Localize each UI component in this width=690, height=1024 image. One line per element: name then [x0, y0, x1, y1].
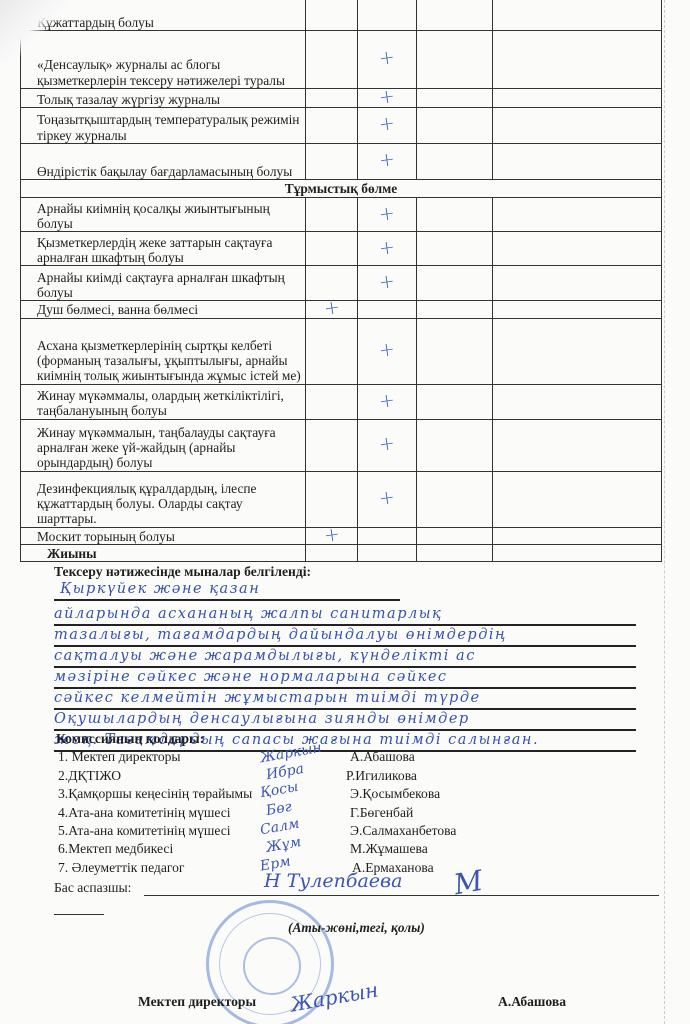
mark-cell: + [358, 384, 417, 419]
criterion-text: Москит торының болуы [21, 527, 306, 544]
mark-cell [417, 108, 493, 144]
member-role: 5.Ата-ана комитетінің мүшесі [58, 822, 231, 840]
mark-cell: + [306, 301, 358, 318]
mark-cell: + [358, 266, 417, 301]
mark-cell [306, 266, 358, 301]
total-row: Жиыны [21, 545, 662, 562]
handwritten-line: Қыркүйек және қазан [54, 580, 400, 601]
handwritten-line: сәйкес келмейтін жұмыстарын тиімді түрде [54, 689, 636, 710]
commission-member: 2.ДҚТІЖОИбраР.Игиликова [56, 767, 556, 785]
handwritten-plus-icon: + [378, 342, 396, 359]
mark-cell [493, 419, 662, 471]
commission-member: 6.Мектеп медбикесіЖұмМ.Жұмашева [56, 840, 556, 858]
mark-cell: + [358, 198, 417, 232]
table-row: Өндірістік бақылау бағдарламасының болуы… [21, 144, 662, 180]
handwritten-plus-icon: + [323, 300, 341, 317]
mark-cell [358, 301, 417, 318]
mark-cell [493, 198, 662, 232]
mark-cell [417, 384, 493, 419]
mark-cell [493, 384, 662, 419]
member-role: 4.Ата-ана комитетінің мүшесі [58, 804, 231, 822]
mark-cell [417, 232, 493, 266]
mark-cell [493, 318, 662, 384]
page-edge [664, 0, 666, 1024]
mark-cell [493, 471, 662, 527]
mark-cell [306, 108, 358, 144]
table-row: Москит торының болуы+ [21, 527, 662, 544]
criterion-text: Дезинфекциялық құралдардың, ілеспе құжат… [21, 471, 306, 527]
mark-cell: + [358, 419, 417, 471]
table-row: Душ бөлмесі, ванна бөлмесі+ [21, 301, 662, 318]
mark-cell: + [358, 89, 417, 108]
criterion-text: Асхана қызметкерлерінің сыртқы келбеті (… [21, 318, 306, 384]
mark-cell [493, 545, 662, 562]
handwritten-plus-icon: + [378, 240, 396, 257]
mark-cell [306, 31, 358, 89]
mark-cell [417, 545, 493, 562]
mark-cell: + [306, 527, 358, 544]
mark-cell [417, 527, 493, 544]
member-role: 2.ДҚТІЖО [58, 767, 121, 785]
signature-caption: (Аты-жөні,тегі, қолы) [288, 920, 425, 936]
mark-cell [417, 0, 493, 31]
mark-cell [306, 419, 358, 471]
mark-cell: + [358, 144, 417, 180]
criterion-text: Қызметкерлердің жеке заттарын сақтауға а… [21, 232, 306, 266]
mark-cell [493, 89, 662, 108]
handwritten-plus-icon: + [378, 393, 396, 410]
table-row: Арнайы киімді сақтауға арналған шкафтың … [21, 266, 662, 301]
commission-member: 1. Мектеп директорыЖаркынА.Абашова [56, 748, 556, 766]
handwritten-plus-icon: + [323, 527, 341, 544]
member-name: Э.Салмаханбетова [350, 822, 456, 840]
handwritten-plus-icon: + [378, 436, 396, 453]
mark-cell [306, 471, 358, 527]
mark-cell [306, 318, 358, 384]
chef-handwritten-name: Н Тулепбаева [264, 870, 402, 892]
head-chef-signature: Бас аспазшы: Н Тулепбаева М [54, 880, 614, 896]
mark-cell [417, 31, 493, 89]
handwritten-line: мәзіріне сәйкес және нормаларына сәйкес [54, 668, 636, 689]
mark-cell [493, 301, 662, 318]
mark-cell [493, 232, 662, 266]
section-heading: Тұрмыстық бөлме [21, 180, 662, 198]
state-emblem-icon [243, 937, 301, 995]
member-name: Р.Игиликова [346, 767, 417, 785]
criterion-text: Арнайы киімді сақтауға арналған шкафтың … [21, 266, 306, 301]
mark-cell [306, 232, 358, 266]
handwritten-plus-icon: + [378, 206, 396, 223]
criterion-text: Арнайы киімнің қосалқы жиынтығының болуы [21, 198, 306, 232]
member-name: Г.Бөгенбай [350, 804, 413, 822]
handwritten-plus-icon: + [378, 490, 396, 507]
table-row: «Денсаулық» журналы ас блогы қызметкерле… [21, 31, 662, 89]
mark-cell: + [358, 232, 417, 266]
mark-cell [493, 108, 662, 144]
mark-cell: + [358, 108, 417, 144]
total-label: Жиыны [21, 545, 306, 562]
table-row: Тоңазытқыштардың температуралық режимін … [21, 108, 662, 144]
member-role: 1. Мектеп директоры [58, 748, 181, 766]
mark-cell [417, 318, 493, 384]
results-label: Тексеру нәтижесінде мыналар белгіленді: [54, 564, 311, 579]
table-row: Жинау мүкәммалын, таңбалауды сақтауға ар… [21, 419, 662, 471]
mark-cell [358, 0, 417, 31]
handwritten-plus-icon: + [378, 116, 396, 133]
criterion-text: Жинау мүкәммалы, олардың жеткіліктілігі,… [21, 384, 306, 419]
mark-cell [306, 198, 358, 232]
mark-cell [417, 471, 493, 527]
member-name: Э.Қосымбекова [350, 785, 440, 803]
mark-cell [417, 301, 493, 318]
mark-cell [493, 527, 662, 544]
handwritten-plus-icon: + [378, 274, 396, 291]
commission-member: 3.Қамқоршы кеңесінің төрайымыҚосыЭ.Қосым… [56, 785, 556, 803]
mark-cell [493, 31, 662, 89]
mark-cell [417, 266, 493, 301]
commission-member: 4.Ата-ана комитетінің мүшесіБөгГ.Бөгенба… [56, 804, 556, 822]
mark-cell [493, 0, 662, 31]
handwritten-line: айларында асхананың жалпы санитарлық [54, 605, 636, 626]
mark-cell [417, 198, 493, 232]
mark-cell [493, 144, 662, 180]
mark-cell: + [358, 471, 417, 527]
chef-label: Бас аспазшы: [54, 880, 131, 895]
table-row: Дезинфекциялық құралдардың, ілеспе құжат… [21, 471, 662, 527]
mark-cell [358, 545, 417, 562]
handwritten-line: сақталуы және жарамдылығы, күнделікті ас [54, 647, 636, 668]
mark-cell [358, 527, 417, 544]
mark-cell [306, 545, 358, 562]
handwritten-plus-icon: + [378, 152, 396, 169]
criterion-text: Тоңазытқыштардың температуралық режимін … [21, 108, 306, 144]
mark-cell [306, 144, 358, 180]
inspection-checklist-table: Құжаттардың болуы«Денсаулық» журналы ас … [20, 0, 662, 562]
handwritten-plus-icon: + [378, 50, 396, 67]
criterion-text: «Денсаулық» журналы ас блогы қызметкерле… [21, 31, 306, 89]
member-name: М.Жұмашева [350, 840, 428, 858]
signature-line [144, 895, 659, 896]
mark-cell: + [358, 318, 417, 384]
mark-cell [417, 144, 493, 180]
member-name: А.Абашова [350, 748, 415, 766]
mark-cell [306, 0, 358, 31]
short-line [54, 914, 104, 915]
table-row: Құжаттардың болуы [21, 0, 662, 31]
mark-cell [306, 384, 358, 419]
footer-director-role: Мектеп директоры [138, 994, 256, 1010]
criterion-text: Өндірістік бақылау бағдарламасының болуы [21, 144, 306, 180]
table-row: Қызметкерлердің жеке заттарын сақтауға а… [21, 232, 662, 266]
table-row: Жинау мүкәммалы, олардың жеткіліктілігі,… [21, 384, 662, 419]
criterion-text: Толық тазалау жүргізу журналы [21, 89, 306, 108]
mark-cell [306, 89, 358, 108]
member-role: 7. Әлеуметтік педагог [58, 859, 185, 877]
commission-member: 5.Ата-ана комитетінің мүшесіСалмЭ.Салмах… [56, 822, 556, 840]
mark-cell [493, 266, 662, 301]
footer-director-name: А.Абашова [498, 994, 566, 1010]
handwritten-line: тазалығы, тағамдардың дайындалуы өнімдер… [54, 626, 636, 647]
criterion-text: Жинау мүкәммалын, таңбалауды сақтауға ар… [21, 419, 306, 471]
handwritten-plus-icon: + [378, 89, 396, 106]
chef-signature: М [451, 864, 485, 901]
commission-signatures: Комиссияның қолдары: 1. Мектеп директоры… [56, 730, 556, 877]
mark-cell [417, 89, 493, 108]
table-row: Арнайы киімнің қосалқы жиынтығының болуы… [21, 198, 662, 232]
table-row: Толық тазалау жүргізу журналы+ [21, 89, 662, 108]
member-role: 3.Қамқоршы кеңесінің төрайымы [58, 785, 252, 803]
member-role: 6.Мектеп медбикесі [58, 840, 173, 858]
criterion-text: Душ бөлмесі, ванна бөлмесі [21, 301, 306, 318]
handwritten-line: Оқушылардың денсаулығына зиянды өнімдер [54, 710, 636, 731]
section-row: Тұрмыстық бөлме [21, 180, 662, 198]
inspection-results: Тексеру нәтижесінде мыналар белгіленді:Қ… [54, 564, 636, 752]
mark-cell [417, 419, 493, 471]
criterion-text: Құжаттардың болуы [21, 0, 306, 31]
mark-cell: + [358, 31, 417, 89]
table-row: Асхана қызметкерлерінің сыртқы келбеті (… [21, 318, 662, 384]
